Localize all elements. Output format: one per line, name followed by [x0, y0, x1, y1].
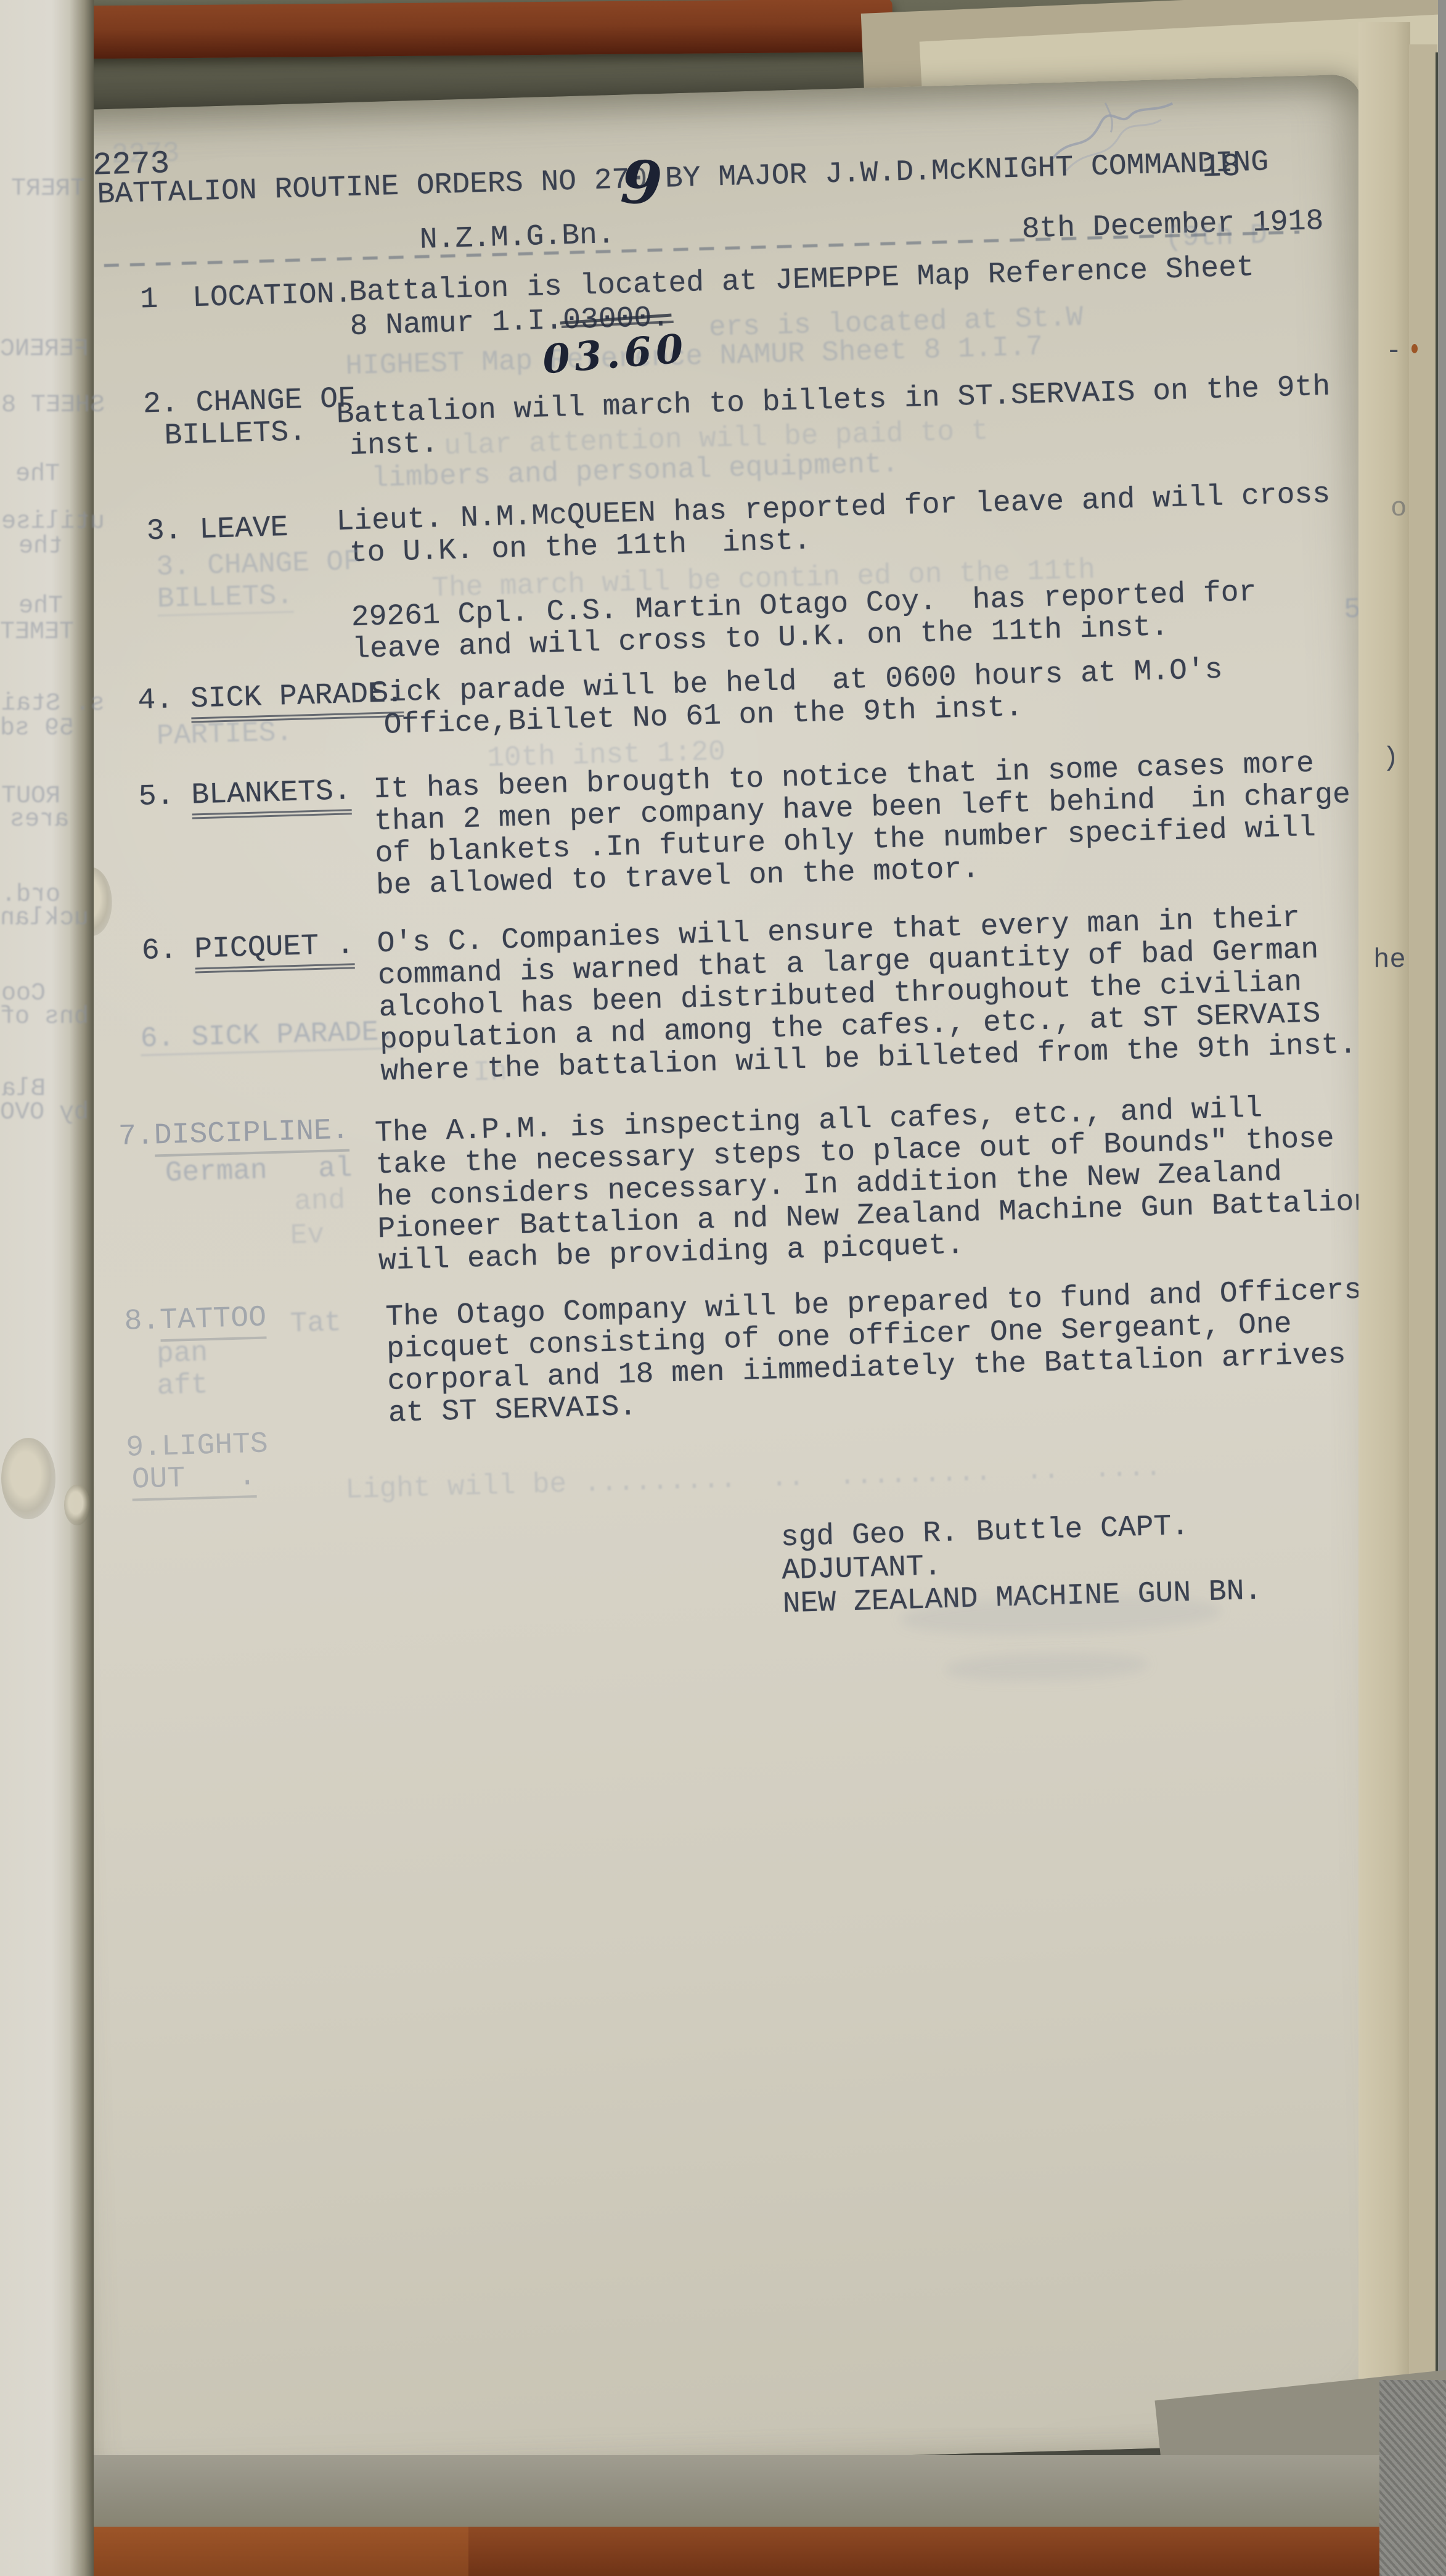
- glue-stain: [1, 1438, 55, 1519]
- scanned-document-photo: 2273 2273 18 BATTALION ROUTINE ORDERS NO…: [0, 0, 1446, 2576]
- mirror-fragment: by OVO: [0, 1099, 89, 1126]
- page-content: 2273 2273 18 BATTALION ROUTINE ORDERS NO…: [26, 83, 1423, 2475]
- section-title: DISCIPLINE.: [153, 1115, 349, 1157]
- order-title-rest: BY MAJOR J.W.D.McKNIGHT COMMANDING: [647, 146, 1268, 196]
- section-label-change-of-billets: 2.CHANGE OF: [142, 383, 356, 421]
- ghost-line: 6. SICK PARADE.: [140, 1016, 396, 1056]
- mirror-fragment: bns of: [0, 1004, 89, 1031]
- section-number: 6.: [141, 933, 178, 968]
- photo-right-margin: [1438, 0, 1446, 2576]
- ghost-line: 3. CHANGE OF: [156, 546, 361, 583]
- section-body: The Otago Company will be prepared to fu…: [385, 1274, 1365, 1430]
- section-body: The A.P.M. is inspecting all cafes, etc.…: [375, 1089, 1373, 1278]
- document-page: 2273 2273 18 BATTALION ROUTINE ORDERS NO…: [10, 74, 1426, 2479]
- section-label-leave: 3.LEAVE: [146, 512, 288, 548]
- mirror-fragment: the: [18, 533, 63, 560]
- ghost-line: and: [294, 1185, 346, 1217]
- section-label-lights-out: 9.LIGHTS: [126, 1429, 269, 1464]
- mirror-fragment: The: [18, 593, 63, 620]
- rust-speck: [1411, 344, 1418, 353]
- section-number: 5.: [138, 779, 174, 814]
- mirror-fragment: The: [15, 461, 60, 488]
- section-number: 3.: [146, 514, 182, 549]
- handwritten-order-number-digit: 9: [619, 147, 664, 219]
- section-title: LEAVE: [199, 511, 288, 547]
- section-body: O's C. Companies will ensure that every …: [377, 901, 1357, 1088]
- section-title: CHANGE OF: [195, 382, 356, 420]
- section-title-out: OUT .: [131, 1461, 256, 1501]
- section-title: TATTOO: [160, 1302, 267, 1342]
- ghost-line: pan: [156, 1337, 208, 1369]
- mirror-fragment: s. Stai: [1, 691, 105, 718]
- section-number: 4.: [137, 683, 174, 718]
- ghost-line: German al: [165, 1153, 353, 1189]
- section-label-picquet: 6.PICQUET .: [141, 929, 355, 975]
- mirror-fragment: utilise: [1, 509, 105, 536]
- mirror-fragment: TRERT: [11, 176, 85, 203]
- map-reference-prefix: 8 Namur 1.I.: [349, 304, 563, 343]
- section-title-line2: OUT .: [131, 1461, 256, 1501]
- binder-cover-strip: [48, 0, 893, 59]
- section-title: BLANKETS.: [191, 775, 352, 819]
- section-body: It has been brougth to notice that in so…: [373, 747, 1352, 902]
- ghost-line: Tat: [290, 1307, 341, 1339]
- edge-text-fragment: he: [1373, 945, 1406, 975]
- page-stack-edge-1: [1358, 22, 1410, 2445]
- previous-page-edge: TRERT FERENC SHEET 8 The utilise the The…: [0, 0, 94, 2576]
- order-title: BATTALION ROUTINE ORDERS NO 270 BY MAJOR…: [97, 146, 1269, 211]
- section-number: 8.: [124, 1304, 160, 1339]
- section-label-location: 1LOCATION.: [140, 278, 353, 316]
- section-title: LOCATION.: [192, 277, 353, 315]
- mirror-fragment: SHEET 8: [1, 392, 105, 419]
- edge-text-fragment: o: [1391, 493, 1407, 524]
- mirror-fragment: ucklan: [0, 905, 89, 932]
- ghost-line: Ev: [290, 1220, 325, 1252]
- section-label-blankets: 5.BLANKETS.: [138, 775, 352, 821]
- section-line: inst.: [349, 428, 438, 462]
- mirror-fragment: ares: [10, 806, 69, 834]
- page-stack-edge-2: [1409, 44, 1437, 2449]
- section-line: Battalion is located at JEMEPPE Map Refe…: [349, 252, 1255, 309]
- ink-smudge: [944, 1650, 1148, 1684]
- section-label-discipline: 7.DISCIPLINE.: [118, 1115, 350, 1158]
- mirror-fragment: TEMET: [0, 619, 74, 646]
- section-title-line2: BILLETS.: [164, 416, 307, 452]
- ghost-line: BILLETS.: [157, 580, 293, 617]
- section-title: LIGHTS: [161, 1428, 268, 1464]
- book-bottom-edge: [0, 2455, 1446, 2533]
- mirror-fragment: FERENC: [0, 336, 89, 363]
- ghost-line: Light will be ......... .. ......... .. …: [345, 1452, 1162, 1506]
- ghost-line: aft: [157, 1369, 208, 1401]
- section-number: 1: [140, 283, 158, 317]
- ghost-line: In: [473, 1056, 508, 1088]
- ghost-line: PARTIES.: [156, 717, 293, 752]
- section-title: PICQUET .: [194, 929, 355, 973]
- section-number: 7.: [118, 1119, 155, 1154]
- section-body: Sick parade will be held at 0600 hours a…: [370, 654, 1224, 742]
- edge-text-fragment: -: [1386, 336, 1402, 367]
- section-number: 9.: [126, 1430, 162, 1465]
- edge-text-fragment: ): [1383, 743, 1399, 774]
- glue-stain: [64, 1485, 90, 1525]
- section-number: 2.: [142, 387, 179, 422]
- mirror-fragment: 59 sd: [0, 715, 74, 742]
- order-title-text: BATTALION ROUTINE ORDERS NO 27: [97, 163, 630, 211]
- fabric-corner: [1379, 2380, 1446, 2576]
